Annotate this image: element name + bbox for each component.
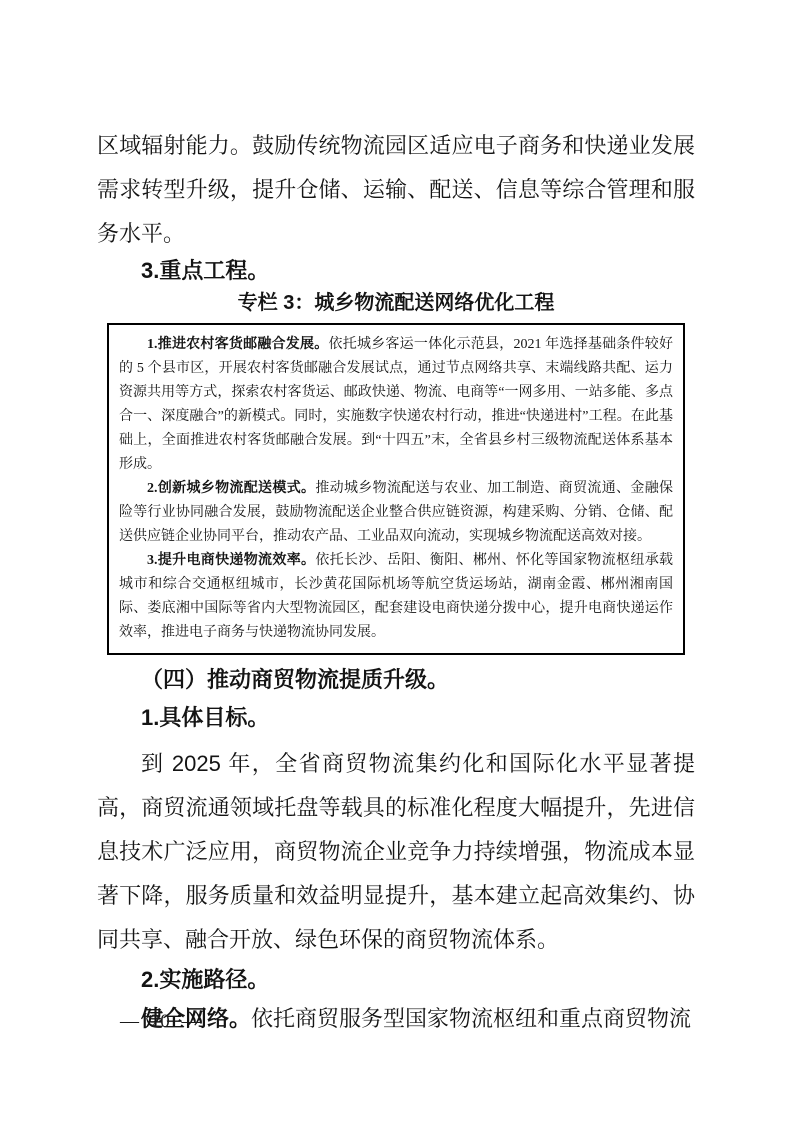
document-page: 区域辐射能力。鼓励传统物流园区适应电子商务和快递业发展需求转型升级，提升仓储、运… (0, 0, 793, 1122)
heading-key-projects: 3.重点工程。 (97, 256, 695, 286)
box-item-distribution-model-lead: 2.创新城乡物流配送模式。 (147, 481, 315, 496)
box-item-rural-integration-lead: 1.推进农村客货邮融合发展。 (147, 337, 328, 352)
box-item-distribution-model: 2.创新城乡物流配送模式。推动城乡物流配送与农业、加工制造、商贸流通、金融保险等… (119, 477, 673, 549)
box-item-rural-integration: 1.推进农村客货邮融合发展。依托城乡客运一体化示范县，2021 年选择基础条件较… (119, 333, 673, 477)
page-number: — 20 — (120, 1009, 201, 1035)
box-item-ecommerce-express: 3.提升电商快递物流效率。依托长沙、岳阳、衡阳、郴州、怀化等国家物流枢纽承载城市… (119, 549, 673, 645)
heading-implementation-path: 2.实施路径。 (97, 965, 695, 995)
box-item-ecommerce-express-lead: 3.提升电商快递物流效率。 (147, 553, 315, 568)
heading-section-four: （四）推动商贸物流提质升级。 (97, 665, 695, 695)
page-content: 区域辐射能力。鼓励传统物流园区适应电子商务和快递业发展需求转型升级，提升仓储、运… (97, 0, 695, 1041)
special-column-box: 1.推进农村客货邮融合发展。依托城乡客运一体化示范县，2021 年选择基础条件较… (107, 323, 685, 655)
box-item-rural-integration-body: 依托城乡客运一体化示范县，2021 年选择基础条件较好的 5 个县市区，开展农村… (119, 337, 673, 472)
heading-specific-goals: 1.具体目标。 (97, 703, 695, 733)
box-title-special-column-3: 专栏 3：城乡物流配送网络优化工程 (97, 290, 695, 316)
paragraph-network-building-body: 依托商贸服务型国家物流枢纽和重点商贸物流 (251, 1006, 691, 1031)
paragraph-goals-2025: 到 2025 年，全省商贸物流集约化和国际化水平显著提高，商贸流通领域托盘等载具… (97, 742, 695, 962)
paragraph-region-radiation: 区域辐射能力。鼓励传统物流园区适应电子商务和快递业发展需求转型升级，提升仓储、运… (97, 124, 695, 256)
